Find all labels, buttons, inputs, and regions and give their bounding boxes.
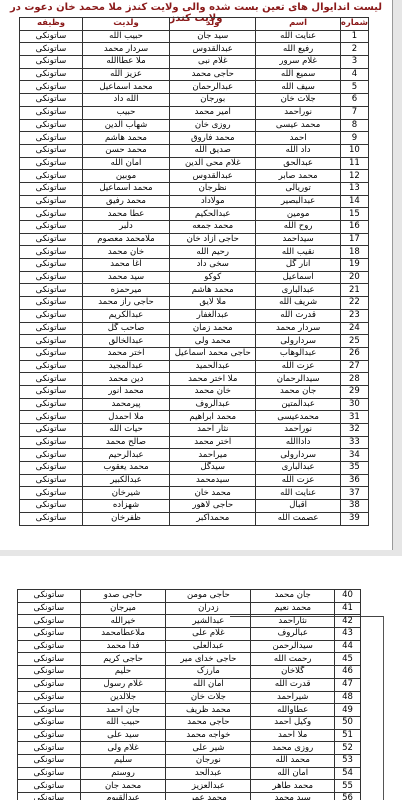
row-grandfather: ظفرخان <box>82 512 169 525</box>
row-number: 17 <box>340 233 368 246</box>
row-grandfather: شهزاده <box>82 500 169 513</box>
row-job: ساتونکی <box>18 640 81 653</box>
row-job: ساتونکی <box>20 30 83 43</box>
row-number: 2 <box>340 43 368 56</box>
row-grandfather: محمد حسن <box>82 144 169 157</box>
row-grandfather: شهاب الدین <box>82 119 169 132</box>
table-row: 55محمد طاهرعبدالعزیزمحمد جانساتونکی <box>18 780 361 793</box>
row-name: عنایت الله <box>256 30 340 43</box>
row-father: سخی داد <box>170 259 256 272</box>
row-father: بورجان <box>170 94 256 107</box>
employee-table-page-1: شماره اسم ولد ولدیت وظیفه 1عنایت اللهسید… <box>19 17 369 526</box>
row-number: 16 <box>340 221 368 234</box>
row-name: جان محمد <box>251 590 335 603</box>
table-row: 22شریف اللهملا لایقحاجی راز محمدساتونکی <box>20 297 369 310</box>
table-row: 45رحمت اللهحاجی خدای میرحاجی کریمساتونکی <box>18 653 361 666</box>
row-job: ساتونکی <box>18 793 81 800</box>
row-number: 43 <box>335 628 361 641</box>
row-job: ساتونکی <box>18 590 81 603</box>
table-row: 36عزت اللهسیدمحمدعبدالکبیرساتونکی <box>20 474 369 487</box>
row-name: عنایت الله <box>256 487 340 500</box>
row-number: 33 <box>340 436 368 449</box>
row-name: شریف الله <box>256 297 340 310</box>
row-grandfather: عبدالقیوم <box>80 793 166 800</box>
row-job: ساتونکی <box>20 373 83 386</box>
row-father: سیدگل <box>170 462 256 475</box>
table-row: 1عنایت اللهسید جانحبیب اللهساتونکی <box>20 30 369 43</box>
row-number: 14 <box>340 195 368 208</box>
row-father: رحیم الله <box>170 246 256 259</box>
row-name: عبدالباری <box>256 462 340 475</box>
row-job: ساتونکی <box>20 449 83 462</box>
row-job: ساتونکی <box>20 144 83 157</box>
row-number: 20 <box>340 271 368 284</box>
row-number: 23 <box>340 309 368 322</box>
row-name: اسماعیل <box>256 271 340 284</box>
row-name: سردارولی <box>256 449 340 462</box>
table-row: 37عنایت اللهمحمد خانشیرخانساتونکی <box>20 487 369 500</box>
row-grandfather: غلام رسول <box>80 678 166 691</box>
row-job: ساتونکی <box>20 360 83 373</box>
row-grandfather: میرحمزه <box>82 284 169 297</box>
table-row: 38اقبالحاجی لاهورشهزادهساتونکی <box>20 500 369 513</box>
table-row: 50وکیل احمدحاجی محمدحبیب اللهساتونکی <box>18 716 361 729</box>
row-name: رحمت الله <box>251 653 335 666</box>
table-row: 16روح اللهمحمد جمعهدلبرساتونکی <box>20 221 369 234</box>
row-name: عبالروف <box>251 628 335 641</box>
table-row: 6جلات خانبورجانالله دادساتونکی <box>20 94 369 107</box>
table-row: 43عبالروفغلام علیملاعطامحمدساتونکی <box>18 628 361 641</box>
row-name: رفیع الله <box>256 43 340 56</box>
row-job: ساتونکی <box>20 68 83 81</box>
row-name: سیدالرحمن <box>251 640 335 653</box>
row-job: ساتونکی <box>20 284 83 297</box>
table-body: 40جان محمدحاجی مومنحاجی صدوساتونکی41محمد… <box>18 590 361 800</box>
row-job: ساتونکی <box>18 602 81 615</box>
row-job: ساتونکی <box>20 221 83 234</box>
row-number: 28 <box>340 373 368 386</box>
row-father: عبدالعلی <box>166 640 251 653</box>
row-father: غلام محی الدین <box>170 157 256 170</box>
row-father: ملا اختر محمد <box>170 373 256 386</box>
table-row: 48شیراحمدجلات خانجلالدینساتونکی <box>18 691 361 704</box>
row-grandfather: محمد اسماعیل <box>82 182 169 195</box>
row-father: عبدالروف <box>170 398 256 411</box>
row-number: 25 <box>340 335 368 348</box>
row-number: 53 <box>335 754 361 767</box>
row-number: 21 <box>340 284 368 297</box>
row-number: 41 <box>335 602 361 615</box>
row-name: محمد صابر <box>256 170 340 183</box>
row-number: 15 <box>340 208 368 221</box>
row-father: حاجی لاهور <box>170 500 256 513</box>
row-grandfather: عبدالمجید <box>82 360 169 373</box>
table-row: 7نوراحمدامیر محمدحبیبساتونکی <box>20 106 369 119</box>
row-job: ساتونکی <box>20 347 83 360</box>
row-number: 10 <box>340 144 368 157</box>
row-job: ساتونکی <box>20 106 83 119</box>
row-father: ملا لایق <box>170 297 256 310</box>
row-grandfather: صاحب گل <box>82 322 169 335</box>
row-name: سیدالرحمان <box>256 373 340 386</box>
row-father: محمد عمر <box>166 793 251 800</box>
row-father: امان الله <box>166 678 251 691</box>
row-father: محمد ولی <box>170 335 256 348</box>
table-row: 28سیدالرحمانملا اختر محمددین محمدساتونکی <box>20 373 369 386</box>
row-father: خواجه محمد <box>166 729 251 742</box>
table-row: 25سردارولیمحمد ولیعبدالخالقساتونکی <box>20 335 369 348</box>
row-grandfather: دلبر <box>82 221 169 234</box>
row-grandfather: سلیم <box>80 754 166 767</box>
row-grandfather: پیرمحمد <box>82 398 169 411</box>
row-grandfather: عزیز الله <box>82 68 169 81</box>
row-father: حاجی ازاد خان <box>170 233 256 246</box>
row-job: ساتونکی <box>20 424 83 437</box>
table-row: 15مومینعبدالحکیمعطا محمدساتونکی <box>20 208 369 221</box>
row-father: امیر محمد <box>170 106 256 119</box>
row-number: 24 <box>340 322 368 335</box>
table-row: 20اسماعیلکوکوسید محمدساتونکی <box>20 271 369 284</box>
row-grandfather: سردار محمد <box>82 43 169 56</box>
table-row: 56سید محمدمحمد عمرعبدالقیومساتونکی <box>18 793 361 800</box>
row-name: روزی محمد <box>251 742 335 755</box>
row-grandfather: عبدالرحیم <box>82 449 169 462</box>
row-number: 44 <box>335 640 361 653</box>
row-father: عبدالقدوس <box>170 43 256 56</box>
row-number: 11 <box>340 157 368 170</box>
row-father: عبدالغفار <box>170 309 256 322</box>
row-job: ساتونکی <box>20 297 83 310</box>
row-job: ساتونکی <box>20 56 83 69</box>
row-name: انار گل <box>256 259 340 272</box>
row-job: ساتونکی <box>18 704 81 717</box>
row-grandfather: ملاعطامحمد <box>80 628 166 641</box>
row-grandfather: عطا محمد <box>82 208 169 221</box>
row-name: سیداحمد <box>256 233 340 246</box>
table-row: 42نثاراحمدعبدالشیرخیراللهساتونکی <box>18 615 361 628</box>
table-row: 40جان محمدحاجی مومنحاجی صدوساتونکی <box>18 590 361 603</box>
row-job: ساتونکی <box>18 691 81 704</box>
row-name: اقبال <box>256 500 340 513</box>
row-number: 49 <box>335 704 361 717</box>
table-row: 47قدرت اللهامان اللهغلام رسولساتونکی <box>18 678 361 691</box>
row-name: عبدالباری <box>256 284 340 297</box>
row-name: سمیع الله <box>256 68 340 81</box>
row-name: توریالی <box>256 182 340 195</box>
row-grandfather: محمد یعقوب <box>82 462 169 475</box>
row-job: ساتونکی <box>18 754 81 767</box>
table-row: 18نقیب اللهرحیم اللهخان محمدساتونکی <box>20 246 369 259</box>
row-job: ساتونکی <box>20 170 83 183</box>
row-grandfather: حبیب <box>82 106 169 119</box>
row-job: ساتونکی <box>20 411 83 424</box>
row-grandfather: اختر محمد <box>82 347 169 360</box>
row-job: ساتونکی <box>20 512 83 525</box>
row-job: ساتونکی <box>20 322 83 335</box>
row-name: عزت الله <box>256 474 340 487</box>
row-grandfather: خیرالله <box>80 615 166 628</box>
row-job: ساتونکی <box>18 628 81 641</box>
row-number: 18 <box>340 246 368 259</box>
row-father: غلام علی <box>166 628 251 641</box>
table-row: 26عبدالوهابحاجی محمد اسماعیلاختر محمدسات… <box>20 347 369 360</box>
row-job: ساتونکی <box>20 259 83 272</box>
table-row: 17سیداحمدحاجی ازاد خانملامحمد معصومساتون… <box>20 233 369 246</box>
row-number: 46 <box>335 666 361 679</box>
row-father: محمد ابراهیم <box>170 411 256 424</box>
table-row: 10داد اللهصدیق اللهمحمد حسنساتونکی <box>20 144 369 157</box>
row-name: شیراحمد <box>251 691 335 704</box>
row-name: عطاوالله <box>251 704 335 717</box>
header-name: اسم <box>256 18 340 31</box>
row-father: حاجی محمد <box>170 68 256 81</box>
row-name: محمد الله <box>251 754 335 767</box>
row-father: خان محمد <box>170 385 256 398</box>
row-number: 36 <box>340 474 368 487</box>
row-grandfather: روستم <box>80 767 166 780</box>
table-row: 8محمد عیسیروزی خانشهاب الدینساتونکی <box>20 119 369 132</box>
row-father: عبدالحکیم <box>170 208 256 221</box>
row-job: ساتونکی <box>20 271 83 284</box>
row-father: میراحمد <box>170 449 256 462</box>
row-name: نوراحمد <box>256 424 340 437</box>
row-father: سیدمحمد <box>170 474 256 487</box>
row-name: عبدالحق <box>256 157 340 170</box>
row-name: سید محمد <box>251 793 335 800</box>
row-father: عبدالحد <box>166 767 251 780</box>
row-job: ساتونکی <box>18 615 81 628</box>
row-number: 13 <box>340 182 368 195</box>
row-grandfather: الله داد <box>82 94 169 107</box>
row-name: روح الله <box>256 221 340 234</box>
row-father: عبدالقدوس <box>170 170 256 183</box>
row-name: نثاراحمد <box>251 615 335 628</box>
table-row: 32نوراحمدنثار احمدحیات اللهساتونکی <box>20 424 369 437</box>
row-job: ساتونکی <box>20 500 83 513</box>
table-row: 44سیدالرحمنعبدالعلیفدا محمدساتونکی <box>18 640 361 653</box>
row-father: نظرجان <box>170 182 256 195</box>
row-name: عبدالبصیر <box>256 195 340 208</box>
row-job: ساتونکی <box>18 666 81 679</box>
row-job: ساتونکی <box>20 208 83 221</box>
row-grandfather: محمد هاشم <box>82 132 169 145</box>
table-body: 1عنایت اللهسید جانحبیب اللهساتونکی2رفیع … <box>20 30 369 525</box>
row-name: سردار محمد <box>256 322 340 335</box>
row-grandfather: حاجی راز محمد <box>82 297 169 310</box>
row-father: مارزک <box>166 666 251 679</box>
row-number: 27 <box>340 360 368 373</box>
row-job: ساتونکی <box>20 487 83 500</box>
row-father: مولاداد <box>170 195 256 208</box>
table-row: 11عبدالحقغلام محی الدینامان اللهساتونکی <box>20 157 369 170</box>
row-grandfather: عبدالخالق <box>82 335 169 348</box>
row-father: حاجی خدای میر <box>166 653 251 666</box>
row-number: 34 <box>340 449 368 462</box>
row-job: ساتونکی <box>20 309 83 322</box>
table-row: 27عزت اللهعبدالحمیدعبدالمجیدساتونکی <box>20 360 369 373</box>
row-grandfather: شیرخان <box>82 487 169 500</box>
row-name: قدرت الله <box>251 678 335 691</box>
table-row: 12محمد صابرعبدالقدوسموبینساتونکی <box>20 170 369 183</box>
row-father: عبدالشیر <box>166 615 251 628</box>
row-number: 3 <box>340 56 368 69</box>
table-row: 53محمد اللهنورجانسلیمساتونکی <box>18 754 361 767</box>
row-number: 9 <box>340 132 368 145</box>
row-name: محمد عیسی <box>256 119 340 132</box>
row-job: ساتونکی <box>20 233 83 246</box>
row-grandfather: دین محمد <box>82 373 169 386</box>
table-row: 49عطاواللهمحمد ظریفجان احمدساتونکی <box>18 704 361 717</box>
row-grandfather: خان محمد <box>82 246 169 259</box>
row-name: سیف الله <box>256 81 340 94</box>
row-grandfather: حاجی کریم <box>80 653 166 666</box>
row-grandfather: محمد انور <box>82 385 169 398</box>
row-grandfather: حبیب الله <box>82 30 169 43</box>
row-number: 37 <box>340 487 368 500</box>
row-grandfather: ملامحمد معصوم <box>82 233 169 246</box>
table-row: 35عبدالباریسیدگلمحمد یعقوبساتونکی <box>20 462 369 475</box>
row-number: 19 <box>340 259 368 272</box>
row-name: غلام سرور <box>256 56 340 69</box>
row-father: سید جان <box>170 30 256 43</box>
row-job: ساتونکی <box>20 43 83 56</box>
row-name: احمد <box>256 132 340 145</box>
table-row: 30عبدالمتینعبدالروفپیرمحمدساتونکی <box>20 398 369 411</box>
row-number: 1 <box>340 30 368 43</box>
row-grandfather: جان احمد <box>80 704 166 717</box>
table-row: 2رفیع اللهعبدالقدوسسردار محمدساتونکی <box>20 43 369 56</box>
row-job: ساتونکی <box>18 742 81 755</box>
table-row: 31محمدعیسیمحمد ابراهیمملا احمدلساتونکی <box>20 411 369 424</box>
row-grandfather: غلام ولی <box>80 742 166 755</box>
row-name: عبدالمتین <box>256 398 340 411</box>
row-father: محمد خان <box>170 487 256 500</box>
row-grandfather: آغا محمد <box>82 259 169 272</box>
table-row: 14عبدالبصیرمولادادمحمد رفیقساتونکی <box>20 195 369 208</box>
row-father: محمد هاشم <box>170 284 256 297</box>
row-name: عبدالوهاب <box>256 347 340 360</box>
row-job: ساتونکی <box>20 398 83 411</box>
table-row: 29جان محمدخان محمدمحمد انورساتونکی <box>20 385 369 398</box>
row-job: ساتونکی <box>20 182 83 195</box>
row-job: ساتونکی <box>20 246 83 259</box>
row-job: ساتونکی <box>20 474 83 487</box>
row-father: محمد زمان <box>170 322 256 335</box>
row-grandfather: حیات الله <box>82 424 169 437</box>
row-father: حاجی محمد <box>166 716 251 729</box>
row-grandfather: سید محمد <box>82 271 169 284</box>
row-number: 42 <box>335 615 361 628</box>
table-row: 5سیف اللهعبدالرحمانمحمد اسماعیلساتونکی <box>20 81 369 94</box>
header-father: ولد <box>170 18 256 31</box>
row-name: داد الله <box>256 144 340 157</box>
row-number: 50 <box>335 716 361 729</box>
row-number: 47 <box>335 678 361 691</box>
header-grandfather: ولدیت <box>82 18 169 31</box>
row-father: نورجان <box>166 754 251 767</box>
row-number: 31 <box>340 411 368 424</box>
table-row: 24سردار محمدمحمد زمانصاحب گلساتونکی <box>20 322 369 335</box>
row-grandfather: حلیم <box>80 666 166 679</box>
row-name: جلات خان <box>256 94 340 107</box>
row-father: عبدالرحمان <box>170 81 256 94</box>
table-row: 3غلام سرورغلام نبیملا عطااللهساتونکی <box>20 56 369 69</box>
row-father: محمد ظریف <box>166 704 251 717</box>
row-number: 52 <box>335 742 361 755</box>
table-row: 13توریالینظرجانمحمد اسماعیلساتونکی <box>20 182 369 195</box>
row-name: سردارولی <box>256 335 340 348</box>
row-job: ساتونکی <box>18 729 81 742</box>
row-father: محمد فاروق <box>170 132 256 145</box>
row-grandfather: صالح محمد <box>82 436 169 449</box>
row-number: 45 <box>335 653 361 666</box>
row-name: داداالله <box>256 436 340 449</box>
row-grandfather: حبیب الله <box>80 716 166 729</box>
header-job: وظیفه <box>20 18 83 31</box>
row-number: 29 <box>340 385 368 398</box>
row-number: 12 <box>340 170 368 183</box>
row-number: 26 <box>340 347 368 360</box>
row-job: ساتونکی <box>20 119 83 132</box>
row-name: وکیل احمد <box>251 716 335 729</box>
row-name: عزت الله <box>256 360 340 373</box>
row-number: 54 <box>335 767 361 780</box>
row-number: 22 <box>340 297 368 310</box>
row-father: صدیق الله <box>170 144 256 157</box>
table-row: 33دادااللهاختر محمدصالح محمدساتونکی <box>20 436 369 449</box>
row-father: نثار احمد <box>170 424 256 437</box>
row-number: 30 <box>340 398 368 411</box>
row-job: ساتونکی <box>18 780 81 793</box>
row-job: ساتونکی <box>20 81 83 94</box>
table-row: 39عصمت اللهمحمداکبرظفرخانساتونکی <box>20 512 369 525</box>
row-grandfather: محمد اسماعیل <box>82 81 169 94</box>
row-name: مومین <box>256 208 340 221</box>
row-name: امان الله <box>251 767 335 780</box>
row-number: 4 <box>340 68 368 81</box>
row-number: 56 <box>335 793 361 800</box>
row-father: روزی خان <box>170 119 256 132</box>
row-grandfather: عبدالکبیر <box>82 474 169 487</box>
row-number: 55 <box>335 780 361 793</box>
employee-table-page-2: 40جان محمدحاجی مومنحاجی صدوساتونکی41محمد… <box>17 589 361 800</box>
row-father: غلام نبی <box>170 56 256 69</box>
row-name: قدرت الله <box>256 309 340 322</box>
table-row: 4سمیع اللهحاجی محمدعزیز اللهساتونکی <box>20 68 369 81</box>
row-number: 38 <box>340 500 368 513</box>
table-row: 9احمدمحمد فاروقمحمد هاشمساتونکی <box>20 132 369 145</box>
row-number: 8 <box>340 119 368 132</box>
row-name: عصمت الله <box>256 512 340 525</box>
row-grandfather: امان الله <box>82 157 169 170</box>
table-row: 52روزی محمدشیر علیغلام ولیساتونکی <box>18 742 361 755</box>
row-father: حاجی محمد اسماعیل <box>170 347 256 360</box>
row-grandfather: ملا عطاالله <box>82 56 169 69</box>
header-number: شماره <box>340 18 368 31</box>
row-grandfather: جلالدین <box>80 691 166 704</box>
row-father: کوکو <box>170 271 256 284</box>
table-row: 41محمد نعیمزدرانمیرجانساتونکی <box>18 602 361 615</box>
row-father: عبدالحمید <box>170 360 256 373</box>
table-row: 34سردارولیمیراحمدعبدالرحیمساتونکی <box>20 449 369 462</box>
row-name: محمد طاهر <box>251 780 335 793</box>
row-number: 32 <box>340 424 368 437</box>
page-border <box>383 616 384 800</box>
table-row: 54امان اللهعبدالحدروستمساتونکی <box>18 767 361 780</box>
row-grandfather: حاجی صدو <box>80 590 166 603</box>
row-grandfather: میرجان <box>80 602 166 615</box>
row-number: 39 <box>340 512 368 525</box>
